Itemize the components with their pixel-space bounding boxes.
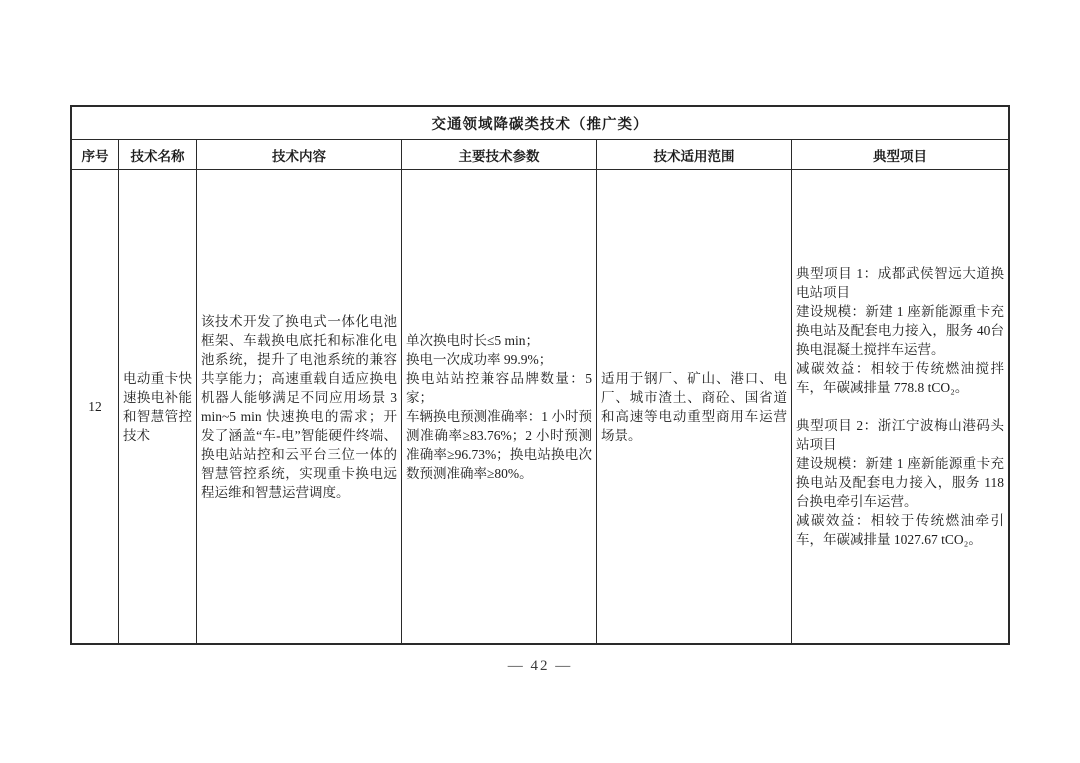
header-tech-content: 技术内容	[197, 140, 402, 169]
tech-name: 电动重卡快速换电补能和智慧管控技术	[119, 369, 196, 445]
document-page: 交通领域降碳类技术（推广类） 序号 技术名称 技术内容 主要技术参数 技术适用范…	[0, 0, 1080, 763]
cell-tech-name: 电动重卡快速换电补能和智慧管控技术	[119, 170, 197, 643]
header-label: 典型项目	[873, 145, 927, 165]
page-number: — 42 —	[0, 658, 1080, 675]
header-tech-name: 技术名称	[119, 140, 197, 169]
tech-table: 交通领域降碳类技术（推广类） 序号 技术名称 技术内容 主要技术参数 技术适用范…	[70, 105, 1010, 645]
typical-projects: 典型项目 1：成都武侯智远大道换电站项目 建设规模：新建 1 座新能源重卡充换电…	[792, 264, 1008, 549]
tech-content: 该技术开发了换电式一体化电池框架、车载换电底托和标准化电池系统，提升了电池系统的…	[197, 312, 401, 502]
serial-number: 12	[72, 397, 118, 416]
application-scope: 适用于钢厂、矿山、港口、电厂、城市渣土、商砼、国省道和高速等电动重型商用车运营场…	[597, 369, 791, 445]
table-row: 12 电动重卡快速换电补能和智慧管控技术 该技术开发了换电式一体化电池框架、车载…	[72, 170, 1008, 643]
header-tech-parameters: 主要技术参数	[402, 140, 597, 169]
header-label: 主要技术参数	[459, 145, 540, 165]
cell-tech-content: 该技术开发了换电式一体化电池框架、车载换电底托和标准化电池系统，提升了电池系统的…	[197, 170, 402, 643]
header-serial-number: 序号	[72, 140, 119, 169]
header-label: 序号	[82, 145, 109, 165]
cell-application-scope: 适用于钢厂、矿山、港口、电厂、城市渣土、商砼、国省道和高速等电动重型商用车运营场…	[597, 170, 792, 643]
table-header-row: 序号 技术名称 技术内容 主要技术参数 技术适用范围 典型项目	[72, 140, 1008, 170]
tech-parameters: 单次换电时长≤5 min； 换电一次成功率 99.9%； 换电站站控兼容品牌数量…	[402, 331, 596, 483]
header-label: 技术适用范围	[654, 145, 735, 165]
header-label: 技术内容	[272, 145, 326, 165]
cell-tech-parameters: 单次换电时长≤5 min； 换电一次成功率 99.9%； 换电站站控兼容品牌数量…	[402, 170, 597, 643]
table-title: 交通领域降碳类技术（推广类）	[72, 107, 1008, 140]
header-label: 技术名称	[131, 145, 185, 165]
header-application-scope: 技术适用范围	[597, 140, 792, 169]
cell-serial-number: 12	[72, 170, 119, 643]
cell-typical-projects: 典型项目 1：成都武侯智远大道换电站项目 建设规模：新建 1 座新能源重卡充换电…	[792, 170, 1008, 643]
header-typical-projects: 典型项目	[792, 140, 1008, 169]
